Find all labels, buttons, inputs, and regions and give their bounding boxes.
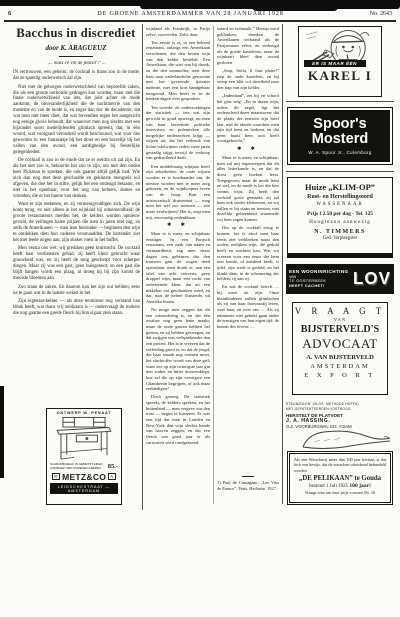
article-column-1: ‚... mais ce vin de plaisir !’ ... IN ve… (13, 61, 140, 404)
bijsterveld-maker: A. VAN BIJSTERVELD (293, 354, 387, 361)
metz-caption-row: SCHRIJFBUREAU IN GEBEITST EIKEN COMPLEET… (50, 463, 118, 471)
page-header: 6 DE GROENE AMSTERDAMMER VAN 28 JANUARI … (8, 10, 392, 17)
article-paragraph: waard en volmaakt.” Hierop werd geklonke… (217, 26, 279, 66)
article-paragraph: Zijn eigenaar-kelner — als deze tenminst… (13, 299, 140, 317)
bijsterveld-product: ADVOCAAT (293, 336, 387, 352)
article-footnote: 1) Paul de Cassagnac, „Les Vins de Franc… (217, 476, 279, 491)
hassing-product: STEUNZOLEN (VLGS. METHODE HOFFA) (286, 400, 392, 407)
column-rule (142, 24, 143, 510)
bijsterveld-vraagt: V R A A G T (293, 306, 387, 316)
metz-caption-2: COMPLEET MET KOPEREN GREPEN (50, 467, 108, 471)
foot-illustration (300, 427, 392, 451)
article-paragraph: De cocktail is zoo in de mode dat ze er … (13, 158, 140, 200)
column-rule (213, 26, 214, 504)
ad-huize-klim-op: Huize „KLIM-OP” Rust- en Herstellingsoor… (287, 177, 393, 258)
ad-divider (286, 101, 394, 102)
article-paragraph: Ten eerste is er, in een bekend restaura… (146, 40, 210, 102)
article-byline: door K. ARAGUEUZ (12, 44, 140, 52)
ad-lov-wooninrichting: EEN WOONINRICHTING VAN TE OOSTERBEEK HEE… (286, 264, 394, 294)
spoors-ad-panel: Spoor's Mosterd W. A. Spoor Jr., Culembo… (290, 110, 390, 162)
spoors-line2: Mosterd (290, 132, 390, 147)
spoors-line1: Spoor's (290, 117, 390, 132)
article-column-3: waard en volmaakt.” Hierop werd geklonke… (217, 26, 279, 476)
klimop-feature: Hoogtezon aanwezig (288, 219, 392, 225)
article-paragraph: En wat de cocktail betreft .... hij moet… (217, 284, 279, 329)
article-paragraph: Doch genoeg. De statistiek spreekt, de k… (146, 394, 210, 445)
pelikaan-body: Als een Wasscherij meer dan 100 jaar bes… (294, 457, 386, 473)
byline-divider (59, 56, 93, 57)
article-paragraph: „Inderdaad”, zei hij en schoof het glas … (217, 93, 279, 144)
column-2-paragraphs: wijnland als Frankrijk, in Parijs zelve,… (146, 26, 210, 445)
pelikaan-line: bestond 1 Juli 1925 (309, 484, 349, 489)
metz-captions: SCHRIJFBUREAU IN GEBEITST EIKEN COMPLEET… (50, 463, 108, 471)
footnote-text: 1) Paul de Cassagnac, „Les Vins de Franc… (217, 480, 279, 491)
ad-spoors-mosterd: Spoor's Mosterd W. A. Spoor Jr., Culembo… (287, 107, 393, 165)
masthead-title: DE GROENE AMSTERDAMMER VAN 28 JANUARI 19… (11, 10, 369, 17)
spoors-footer: W. A. Spoor Jr., Culemborg (290, 150, 390, 155)
article-paragraph: Maar er is meer, en schijnbaar: men zal … (217, 155, 279, 223)
lov-line4: HEEFT CACHET! (289, 284, 353, 289)
article-column-2: wijnland als Frankrijk, in Parijs zelve,… (146, 26, 210, 506)
article-paragraph: Een middelmatig wijnjaar heeft zijn zeke… (146, 164, 210, 221)
article-paragraph: Ten tweede: de onderzoekingen der statis… (146, 105, 210, 162)
metz-address-bar: LEIDSCHESTRAAT — AMSTERDAM (50, 483, 118, 494)
metz-badge-right: A. (108, 473, 116, 480)
klimop-price: Prijs f 2.50 per dag - Tel. 125 (288, 211, 392, 217)
pelikaan-anniversary: bestond 1 Juli 1925 100 jaar! (294, 483, 386, 489)
header-rule (4, 20, 396, 22)
article-paragraph: Want er zijn teekenen, en zij vermenigvu… (13, 202, 140, 244)
column-rule (282, 24, 283, 504)
karel-i-slogan: ER IS MAAR ÉÉN (304, 60, 366, 67)
article-paragraph: IN vertrouwen, een geheim: de cocktail i… (13, 70, 140, 82)
article-paragraph: Men versta ons wel: wij prediken geen kr… (13, 246, 140, 282)
klimop-role: Ged. Verpleegster (288, 236, 392, 241)
article-paragraph: Maar er is meer, en schijnbaar ernstiger… (146, 231, 210, 305)
ad-karel-i: ER IS MAAR ÉÉN KAREL I (298, 26, 382, 97)
section-separator: ✱ ✱ (146, 223, 210, 229)
footnote-divider (242, 476, 254, 477)
pelikaan-name: „DE PELIKAAN” te Gouda (294, 475, 386, 482)
ad-bijsterveld-advocaat: V R A A G T VAN BIJSTERVELD'S ADVOCAAT A… (292, 302, 388, 395)
hassing-product-text: STEUNZOLEN (286, 402, 310, 406)
issue-number: No. 2643 (370, 11, 392, 17)
hassing-line2: MET GEPATENTEERDEN VOETBOOG (286, 407, 392, 411)
article-paragraph: „Stop, Sofia, il faut plaire!” riep de o… (217, 68, 279, 91)
pelikaan-footer: Vraagt eens om onze prijs-courant No. 16 (294, 490, 386, 495)
article-motto: ‚... mais ce vin de plaisir !’ ... (13, 61, 140, 67)
lov-line1: EEN WOONINRICHTING (289, 269, 353, 275)
ad-divider (286, 171, 394, 172)
ad-metz-co: ONTWERP W. PENAAT SCHRIJFBUREAU IN GEBEI… (46, 408, 122, 505)
ad-hassing-steunzolen: STEUNZOLEN (VLGS. METHODE HOFFA) MET GEP… (286, 400, 392, 451)
metz-brand: METZ&CO (62, 472, 106, 482)
klimop-subtitle: Rust- en Herstellingsoord (288, 194, 392, 200)
lov-logo: LOV (353, 269, 391, 290)
article-paragraph: Zoo staan de zaken. En daarom kan het zi… (13, 285, 140, 297)
karel-i-brand: KAREL I (301, 68, 380, 84)
column-1-paragraphs: IN vertrouwen, een geheim: de cocktail i… (13, 70, 140, 317)
hassing-method: (VLGS. METHODE HOFFA) (313, 402, 359, 406)
section-separator: ✱ ✱ (217, 147, 279, 153)
article-paragraph: Nu moge men zeggen dat dit een uitzonder… (146, 307, 210, 392)
newspaper-page: 6 DE GROENE AMSTERDAMMER VAN 28 JANUARI … (0, 0, 400, 617)
pelikaan-years: 100 jaar! (349, 483, 371, 489)
writing-desk-illustration (52, 416, 116, 462)
klimop-title: Huize „KLIM-OP” (288, 182, 392, 192)
article-paragraph: Om op de cocktail terug te komen: het is… (217, 225, 279, 282)
article-title: Bacchus in discrediet (12, 26, 140, 41)
klimop-place: WASSENAAR (288, 202, 392, 207)
bijsterveld-export: E X P O R T (293, 372, 387, 379)
bijsterveld-name: BIJSTERVELD'S (297, 323, 383, 335)
metz-badge-left: Nº (52, 473, 60, 480)
lov-text-stack: EEN WOONINRICHTING VAN TE OOSTERBEEK HEE… (289, 269, 353, 289)
metz-brand-row: Nº METZ&CO A. (50, 472, 118, 482)
slogan-text: ER IS MAAR ÉÉN (312, 61, 357, 66)
article-paragraph: Niet met de geborgen ouderwetschheid van… (13, 85, 140, 156)
article-paragraph: wijnland als Frankrijk, in Parijs zelve,… (146, 26, 210, 37)
column-3-paragraphs: waard en volmaakt.” Hierop werd geklonke… (217, 26, 279, 330)
bijsterveld-city: AMSTERDAM (293, 363, 387, 370)
klimop-proprietor: N. TIMMERS (288, 229, 392, 235)
bijsterveld-van: VAN (293, 317, 387, 322)
metz-price: 85.- (108, 463, 118, 470)
scan-artifact-left-streak (0, 386, 4, 478)
ad-de-pelikaan: Als een Wasscherij meer dan 100 jaar bes… (289, 453, 391, 503)
metz-header: ONTWERP W. PENAAT (50, 411, 118, 415)
